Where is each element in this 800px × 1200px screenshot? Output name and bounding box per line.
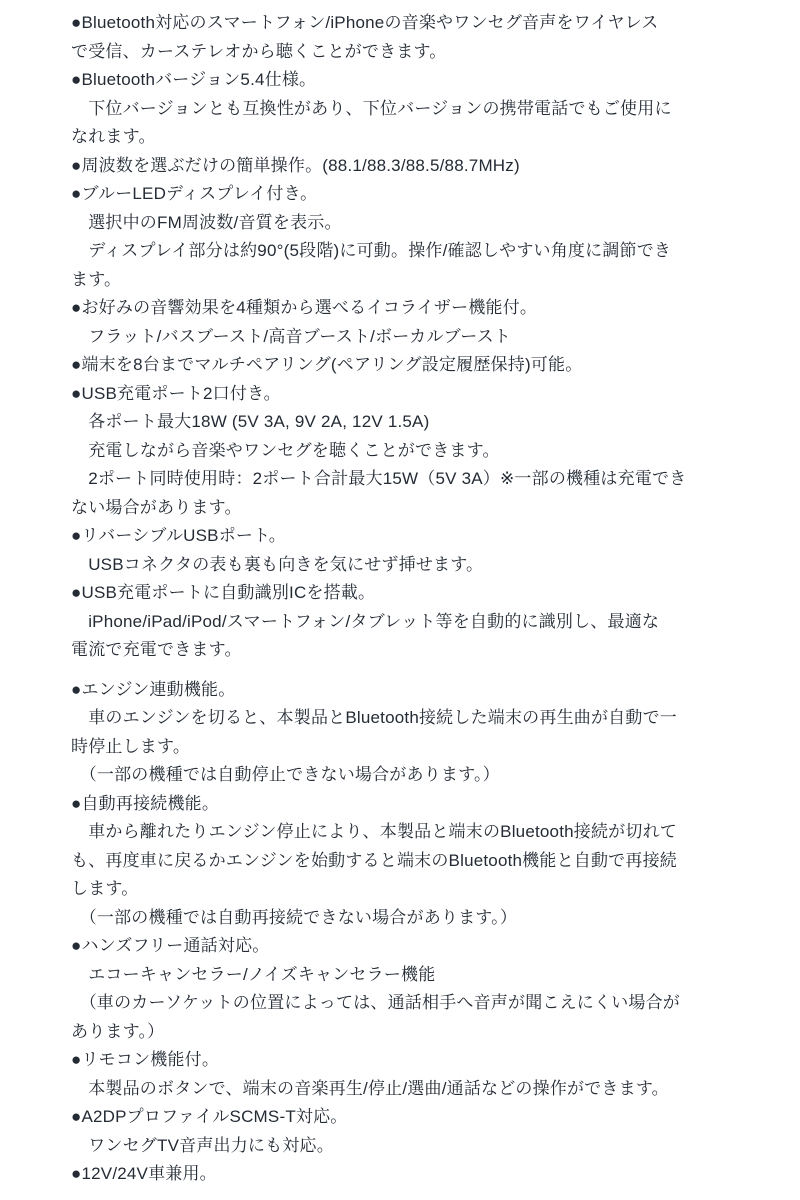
description-line: エコーキャンセラー/ノイズキャンセラー機能 [71,961,740,990]
description-line: ●A2DPプロファイルSCMS-T対応。 [71,1103,740,1132]
description-line: あります。） [71,1018,740,1047]
description-line: ●端末を8台までマルチペアリング(ペアリング設定履歴保持)可能。 [71,351,740,380]
description-line: ディスプレイ部分は約90°(5段階)に可動。操作/確認しやすい角度に調節でき [71,237,740,266]
description-line: 下位バージョンとも互換性があり、下位バージョンの携帯電話でもご使用に [71,95,740,124]
description-line: します。 [71,875,740,904]
description-line: 電流で充電できます。 [71,636,740,665]
feature-paragraph-1: ●Bluetooth対応のスマートフォン/iPhoneの音楽やワンセグ音声をワイ… [71,9,740,665]
description-line: ●USB充電ポートに自動識別ICを搭載。 [71,579,740,608]
description-line: ●リモコン機能付。 [71,1046,740,1075]
product-description: ●Bluetooth対応のスマートフォン/iPhoneの音楽やワンセグ音声をワイ… [0,0,800,1189]
description-line: ●周波数を選ぶだけの簡単操作。(88.1/88.3/88.5/88.7MHz) [71,152,740,181]
description-line: ●リバーシブルUSBポート。 [71,522,740,551]
description-line: ●ブルーLEDディスプレイ付き。 [71,180,740,209]
description-line: 車のエンジンを切ると、本製品とBluetooth接続した端末の再生曲が自動で一 [71,704,740,733]
description-line: 充電しながら音楽やワンセグを聴くことができます。 [71,437,740,466]
description-line: フラット/バスブースト/高音ブースト/ボーカルブースト [71,323,740,352]
description-line: 車から離れたりエンジン停止により、本製品と端末のBluetooth接続が切れて [71,818,740,847]
description-line: ない場合があります。 [71,494,740,523]
description-line: 2ポート同時使用時：2ポート合計最大15W（5V 3A）※一部の機種は充電でき [71,465,740,494]
description-line: 選択中のFM周波数/音質を表示。 [71,209,740,238]
description-line: USBコネクタの表も裏も向きを気にせず挿せます。 [71,551,740,580]
description-line: 時停止します。 [71,733,740,762]
description-line: iPhone/iPad/iPod/スマートフォン/タブレット等を自動的に識別し、… [71,608,740,637]
description-line: ます。 [71,266,740,295]
description-line: 本製品のボタンで、端末の音楽再生/停止/選曲/通話などの操作ができます。 [71,1075,740,1104]
description-line: なれます。 [71,123,740,152]
feature-paragraph-2: ●エンジン連動機能。 車のエンジンを切ると、本製品とBluetooth接続した端… [71,676,740,1189]
description-line: ●ハンズフリー通話対応。 [71,932,740,961]
description-line: ワンセグTV音声出力にも対応。 [71,1132,740,1161]
description-line: （車のカーソケットの位置によっては、通話相手へ音声が聞こえにくい場合が [71,989,740,1018]
description-line: （一部の機種では自動停止できない場合があります。） [71,761,740,790]
description-line: ●自動再接続機能。 [71,790,740,819]
description-line: ●Bluetoothバージョン5.4仕様。 [71,66,740,95]
description-line: ●USB充電ポート2口付き。 [71,380,740,409]
description-line: （一部の機種では自動再接続できない場合があります。） [71,904,740,933]
description-line: ●お好みの音響効果を4種類から選べるイコライザー機能付。 [71,294,740,323]
description-line: も、再度車に戻るかエンジンを始動すると端末のBluetooth機能と自動で再接続 [71,847,740,876]
description-line: ●エンジン連動機能。 [71,676,740,705]
description-line: で受信、カーステレオから聴くことができます。 [71,38,740,67]
description-line: ●Bluetooth対応のスマートフォン/iPhoneの音楽やワンセグ音声をワイ… [71,9,740,38]
description-line: 各ポート最大18W (5V 3A, 9V 2A, 12V 1.5A) [71,408,740,437]
description-line: ●12V/24V車兼用。 [71,1160,740,1189]
